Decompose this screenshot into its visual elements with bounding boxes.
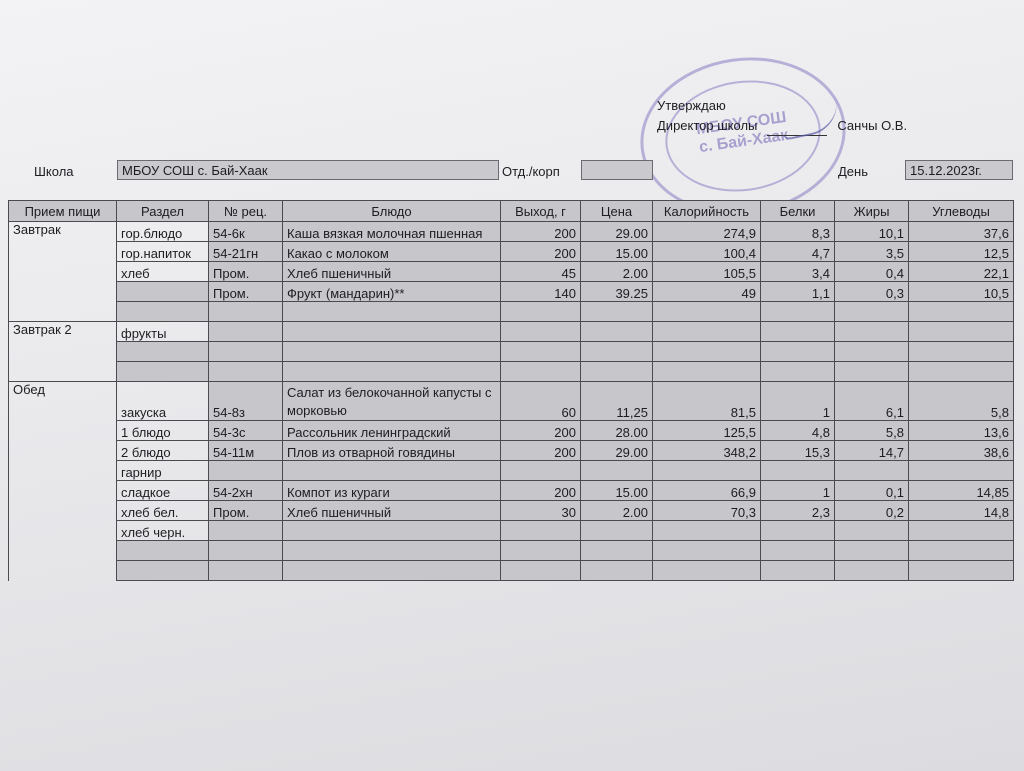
section-cell: [117, 282, 209, 302]
column-header: Жиры: [835, 201, 909, 222]
dish-cell: Каша вязкая молочная пшенная: [283, 222, 501, 242]
kcal-cell: [653, 521, 761, 541]
recipe-cell: [209, 302, 283, 322]
fat-cell: 6,1: [835, 382, 909, 421]
dept-value: [581, 160, 653, 180]
price-cell: 15.00: [581, 242, 653, 262]
meal-cell: [9, 262, 117, 282]
price-cell: 2.00: [581, 501, 653, 521]
protein-cell: 1: [761, 382, 835, 421]
section-cell: [117, 561, 209, 581]
table-row: Завтракгор.блюдо54-6кКаша вязкая молочна…: [9, 222, 1014, 242]
section-cell: хлеб черн.: [117, 521, 209, 541]
column-header: Выход, г: [501, 201, 581, 222]
yield-cell: [501, 322, 581, 342]
recipe-cell: 54-6к: [209, 222, 283, 242]
kcal-cell: [653, 541, 761, 561]
kcal-cell: 125,5: [653, 421, 761, 441]
yield-cell: 60: [501, 382, 581, 421]
yield-cell: [501, 302, 581, 322]
yield-cell: 200: [501, 222, 581, 242]
dish-cell: Фрукт (мандарин)**: [283, 282, 501, 302]
recipe-cell: [209, 322, 283, 342]
protein-cell: 4,8: [761, 421, 835, 441]
dish-cell: [283, 461, 501, 481]
section-cell: [117, 302, 209, 322]
dish-cell: [283, 302, 501, 322]
column-header: Прием пищи: [9, 201, 117, 222]
meal-cell: Завтрак: [9, 222, 117, 242]
section-cell: хлеб бел.: [117, 501, 209, 521]
yield-cell: 200: [501, 242, 581, 262]
protein-cell: [761, 561, 835, 581]
yield-cell: [501, 561, 581, 581]
price-cell: [581, 541, 653, 561]
kcal-cell: [653, 322, 761, 342]
fat-cell: [835, 302, 909, 322]
dish-cell: Рассольник ленинградский: [283, 421, 501, 441]
recipe-cell: 54-11м: [209, 441, 283, 461]
menu-table: Прием пищиРаздел№ рец.БлюдоВыход, гЦенаК…: [8, 200, 1014, 581]
fat-cell: 0,2: [835, 501, 909, 521]
table-row: [9, 541, 1014, 561]
column-header: Углеводы: [909, 201, 1014, 222]
price-cell: 2.00: [581, 262, 653, 282]
kcal-cell: 100,4: [653, 242, 761, 262]
price-cell: [581, 322, 653, 342]
recipe-cell: Пром.: [209, 501, 283, 521]
fat-cell: [835, 541, 909, 561]
column-header: Белки: [761, 201, 835, 222]
meal-cell: [9, 342, 117, 362]
table-row: Пром.Фрукт (мандарин)**14039.25491,10,31…: [9, 282, 1014, 302]
kcal-cell: [653, 302, 761, 322]
section-cell: [117, 541, 209, 561]
dish-cell: [283, 322, 501, 342]
column-header: № рец.: [209, 201, 283, 222]
kcal-cell: [653, 342, 761, 362]
carbs-cell: [909, 541, 1014, 561]
dish-cell: Хлеб пшеничный: [283, 501, 501, 521]
column-header: Цена: [581, 201, 653, 222]
kcal-cell: 70,3: [653, 501, 761, 521]
yield-cell: [501, 342, 581, 362]
carbs-cell: [909, 342, 1014, 362]
document-header: Школа МБОУ СОШ с. Бай-Хаак Отд./корп Ден…: [0, 160, 1024, 184]
table-row: хлеб бел.Пром.Хлеб пшеничный302.0070,32,…: [9, 501, 1014, 521]
yield-cell: 45: [501, 262, 581, 282]
table-row: [9, 302, 1014, 322]
carbs-cell: [909, 322, 1014, 342]
yield-cell: [501, 362, 581, 382]
section-cell: [117, 362, 209, 382]
yield-cell: [501, 461, 581, 481]
recipe-cell: 54-21гн: [209, 242, 283, 262]
table-row: Завтрак 2фрукты: [9, 322, 1014, 342]
price-cell: [581, 461, 653, 481]
dish-cell: Плов из отварной говядины: [283, 441, 501, 461]
meal-cell: [9, 302, 117, 322]
meal-cell: [9, 421, 117, 441]
fat-cell: 0,3: [835, 282, 909, 302]
section-cell: закуска: [117, 382, 209, 421]
recipe-cell: 54-8з: [209, 382, 283, 421]
table-row: сладкое54-2хнКомпот из кураги20015.0066,…: [9, 481, 1014, 501]
kcal-cell: 274,9: [653, 222, 761, 242]
school-value: МБОУ СОШ с. Бай-Хаак: [117, 160, 499, 180]
meal-cell: [9, 481, 117, 501]
protein-cell: 2,3: [761, 501, 835, 521]
yield-cell: 140: [501, 282, 581, 302]
carbs-cell: 22,1: [909, 262, 1014, 282]
dish-cell: [283, 342, 501, 362]
carbs-cell: [909, 302, 1014, 322]
dish-cell: Салат из белокочанной капусты с морковью: [283, 382, 501, 421]
section-cell: сладкое: [117, 481, 209, 501]
recipe-cell: [209, 461, 283, 481]
fat-cell: [835, 521, 909, 541]
dish-cell: [283, 521, 501, 541]
meal-cell: [9, 362, 117, 382]
yield-cell: 200: [501, 441, 581, 461]
price-cell: 15.00: [581, 481, 653, 501]
fat-cell: 0,4: [835, 262, 909, 282]
fat-cell: [835, 342, 909, 362]
approval-position: Директор школы: [657, 116, 757, 136]
meal-cell: [9, 561, 117, 581]
kcal-cell: [653, 461, 761, 481]
recipe-cell: [209, 362, 283, 382]
column-header: Блюдо: [283, 201, 501, 222]
price-cell: [581, 561, 653, 581]
price-cell: 11,25: [581, 382, 653, 421]
dept-label: Отд./корп: [502, 164, 560, 179]
school-label: Школа: [34, 164, 74, 179]
section-cell: гор.напиток: [117, 242, 209, 262]
carbs-cell: [909, 362, 1014, 382]
column-header: Раздел: [117, 201, 209, 222]
meal-cell: Обед: [9, 382, 117, 421]
approval-signer: Санчы О.В.: [837, 116, 907, 136]
section-cell: [117, 342, 209, 362]
table-row: 1 блюдо54-3сРассольник ленинградский2002…: [9, 421, 1014, 441]
dish-cell: [283, 541, 501, 561]
protein-cell: 1,1: [761, 282, 835, 302]
kcal-cell: 348,2: [653, 441, 761, 461]
day-value: 15.12.2023г.: [905, 160, 1013, 180]
dish-cell: [283, 561, 501, 581]
meal-cell: [9, 441, 117, 461]
meal-cell: [9, 282, 117, 302]
carbs-cell: [909, 561, 1014, 581]
kcal-cell: 81,5: [653, 382, 761, 421]
fat-cell: 0,1: [835, 481, 909, 501]
dish-cell: [283, 362, 501, 382]
section-cell: 2 блюдо: [117, 441, 209, 461]
table-row: хлеб черн.: [9, 521, 1014, 541]
carbs-cell: 14,85: [909, 481, 1014, 501]
protein-cell: 4,7: [761, 242, 835, 262]
carbs-cell: 38,6: [909, 441, 1014, 461]
table-row: 2 блюдо54-11мПлов из отварной говядины20…: [9, 441, 1014, 461]
section-cell: гор.блюдо: [117, 222, 209, 242]
fat-cell: 5,8: [835, 421, 909, 441]
carbs-cell: [909, 461, 1014, 481]
recipe-cell: 54-2хн: [209, 481, 283, 501]
recipe-cell: [209, 521, 283, 541]
yield-cell: 30: [501, 501, 581, 521]
meal-cell: [9, 461, 117, 481]
carbs-cell: 37,6: [909, 222, 1014, 242]
protein-cell: [761, 322, 835, 342]
carbs-cell: 12,5: [909, 242, 1014, 262]
dish-cell: Хлеб пшеничный: [283, 262, 501, 282]
fat-cell: [835, 322, 909, 342]
fat-cell: [835, 461, 909, 481]
kcal-cell: [653, 561, 761, 581]
fat-cell: 10,1: [835, 222, 909, 242]
yield-cell: 200: [501, 481, 581, 501]
section-cell: гарнир: [117, 461, 209, 481]
day-label: День: [838, 164, 868, 179]
table-row: [9, 362, 1014, 382]
yield-cell: [501, 521, 581, 541]
protein-cell: 1: [761, 481, 835, 501]
table-row: Обедзакуска54-8зСалат из белокочанной ка…: [9, 382, 1014, 421]
recipe-cell: [209, 342, 283, 362]
price-cell: [581, 302, 653, 322]
dish-cell: Какао с молоком: [283, 242, 501, 262]
meal-cell: Завтрак 2: [9, 322, 117, 342]
meal-cell: [9, 501, 117, 521]
fat-cell: 3,5: [835, 242, 909, 262]
protein-cell: [761, 541, 835, 561]
price-cell: 29.00: [581, 222, 653, 242]
protein-cell: [761, 521, 835, 541]
recipe-cell: 54-3с: [209, 421, 283, 441]
table-row: [9, 561, 1014, 581]
recipe-cell: Пром.: [209, 262, 283, 282]
fat-cell: [835, 561, 909, 581]
kcal-cell: 105,5: [653, 262, 761, 282]
price-cell: 28.00: [581, 421, 653, 441]
yield-cell: 200: [501, 421, 581, 441]
section-cell: 1 блюдо: [117, 421, 209, 441]
price-cell: [581, 362, 653, 382]
recipe-cell: [209, 561, 283, 581]
table-row: [9, 342, 1014, 362]
column-header: Калорийность: [653, 201, 761, 222]
meal-cell: [9, 541, 117, 561]
price-cell: 29.00: [581, 441, 653, 461]
meal-cell: [9, 242, 117, 262]
dish-cell: Компот из кураги: [283, 481, 501, 501]
table-row: хлебПром.Хлеб пшеничный452.00105,53,40,4…: [9, 262, 1014, 282]
price-cell: [581, 521, 653, 541]
fat-cell: [835, 362, 909, 382]
protein-cell: [761, 362, 835, 382]
carbs-cell: [909, 521, 1014, 541]
recipe-cell: [209, 541, 283, 561]
protein-cell: [761, 342, 835, 362]
yield-cell: [501, 541, 581, 561]
table-row: гор.напиток54-21гнКакао с молоком20015.0…: [9, 242, 1014, 262]
kcal-cell: [653, 362, 761, 382]
price-cell: [581, 342, 653, 362]
section-cell: фрукты: [117, 322, 209, 342]
protein-cell: 8,3: [761, 222, 835, 242]
meal-cell: [9, 521, 117, 541]
section-cell: хлеб: [117, 262, 209, 282]
protein-cell: 15,3: [761, 441, 835, 461]
protein-cell: [761, 302, 835, 322]
price-cell: 39.25: [581, 282, 653, 302]
fat-cell: 14,7: [835, 441, 909, 461]
carbs-cell: 14,8: [909, 501, 1014, 521]
table-header-row: Прием пищиРаздел№ рец.БлюдоВыход, гЦенаК…: [9, 201, 1014, 222]
kcal-cell: 66,9: [653, 481, 761, 501]
protein-cell: [761, 461, 835, 481]
kcal-cell: 49: [653, 282, 761, 302]
table-body: Завтракгор.блюдо54-6кКаша вязкая молочна…: [9, 222, 1014, 581]
table-row: гарнир: [9, 461, 1014, 481]
carbs-cell: 5,8: [909, 382, 1014, 421]
recipe-cell: Пром.: [209, 282, 283, 302]
protein-cell: 3,4: [761, 262, 835, 282]
carbs-cell: 10,5: [909, 282, 1014, 302]
carbs-cell: 13,6: [909, 421, 1014, 441]
